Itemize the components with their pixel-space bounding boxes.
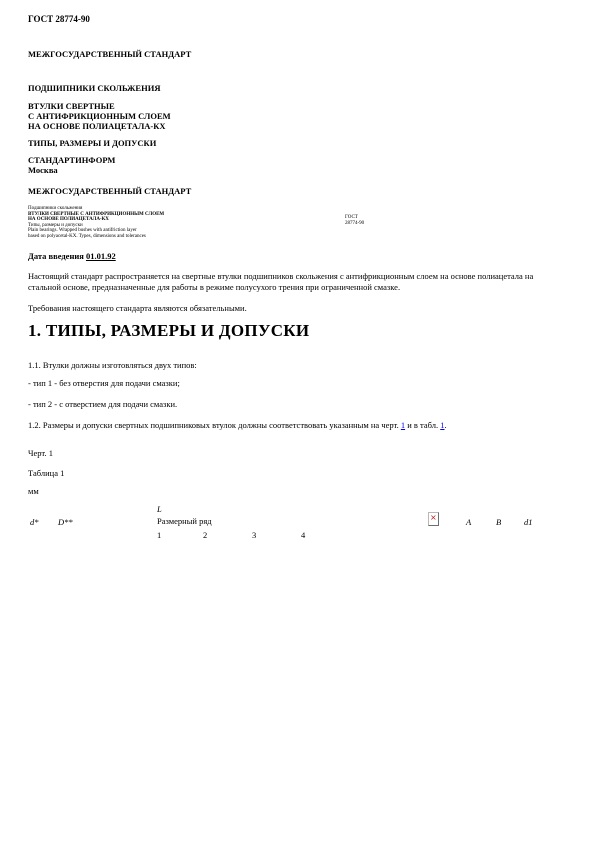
- publisher: СТАНДАРТИНФОРМ: [28, 155, 115, 165]
- item-1-2: 1.2. Размеры и допуски свертных подшипни…: [28, 420, 447, 431]
- col-L: L: [157, 504, 162, 514]
- col-d: d*: [30, 517, 39, 527]
- standard-kind-top: МЕЖГОСУДАРСТВЕННЫЙ СТАНДАРТ: [28, 49, 191, 60]
- standard-kind-repeat: МЕЖГОСУДАРСТВЕННЫЙ СТАНДАРТ: [28, 186, 191, 197]
- type2-line: - тип 2 - с отверстием для подачи смазки…: [28, 399, 177, 410]
- mandatory-note: Требования настоящего стандарта являются…: [28, 303, 247, 314]
- main-title-line1: ВТУЛКИ СВЕРТНЫЕ: [28, 101, 171, 111]
- broken-image-icon: ×: [428, 512, 439, 526]
- document-page: ГОСТ 28774-90 МЕЖГОСУДАРСТВЕННЫЙ СТАНДАР…: [0, 0, 595, 842]
- col-D: D**: [58, 517, 73, 527]
- table-caption: Таблица 1: [28, 468, 64, 479]
- size-series-4: 4: [301, 530, 305, 540]
- main-title-line2: С АНТИФРИКЦИОННЫМ СЛОЕМ: [28, 111, 171, 121]
- subject-title: ПОДШИПНИКИ СКОЛЬЖЕНИЯ: [28, 83, 160, 94]
- units-label: мм: [28, 486, 39, 497]
- gost-ref: ГОСТ 28774-90: [345, 215, 364, 226]
- item-1-1: 1.1. Втулки должны изготовляться двух ти…: [28, 360, 197, 371]
- title-block-line6: based on polyacetal-KX. Types, dimension…: [28, 234, 566, 240]
- size-series-1: 1: [157, 530, 161, 540]
- section1-heading: 1. ТИПЫ, РАЗМЕРЫ И ДОПУСКИ: [28, 321, 309, 341]
- gost-ref-line2: 28774-90: [345, 221, 364, 227]
- col-L-sub: Размерный ряд: [157, 516, 212, 526]
- size-series-3: 3: [252, 530, 256, 540]
- publisher-block: СТАНДАРТИНФОРМ Москва: [28, 155, 115, 175]
- table1-header: d* D** L Размерный ряд 1 2 3 4 × A B d1: [28, 503, 566, 545]
- size-series-2: 2: [203, 530, 207, 540]
- col-A: A: [466, 517, 471, 527]
- doc-number: ГОСТ 28774-90: [28, 14, 90, 25]
- item-1-2-text-after: .: [444, 420, 446, 430]
- item-1-2-text-before: 1.2. Размеры и допуски свертных подшипни…: [28, 420, 401, 430]
- col-d1: d1: [524, 517, 533, 527]
- date-label: Дата введения: [28, 251, 84, 261]
- type1-line: - тип 1 - без отверстия для подачи смазк…: [28, 378, 180, 389]
- col-B: B: [496, 517, 501, 527]
- item-1-2-text-middle: и в табл.: [405, 420, 440, 430]
- title-block: Подшипники скольжения ВТУЛКИ СВЕРТНЫЕ С …: [28, 206, 566, 240]
- figure-caption: Черт. 1: [28, 448, 53, 459]
- main-title: ВТУЛКИ СВЕРТНЫЕ С АНТИФРИКЦИОННЫМ СЛОЕМ …: [28, 101, 171, 131]
- date-value: 01.01.92: [86, 251, 116, 261]
- scope-paragraph: Настоящий стандарт распространяется на с…: [28, 271, 566, 293]
- main-title-line3: НА ОСНОВЕ ПОЛИАЦЕТАЛА-КХ: [28, 121, 171, 131]
- subtitle: ТИПЫ, РАЗМЕРЫ И ДОПУСКИ: [28, 138, 156, 149]
- date-line: Дата введения 01.01.92: [28, 251, 116, 262]
- broken-image-x-glyph: ×: [430, 513, 437, 522]
- publisher-city: Москва: [28, 165, 115, 175]
